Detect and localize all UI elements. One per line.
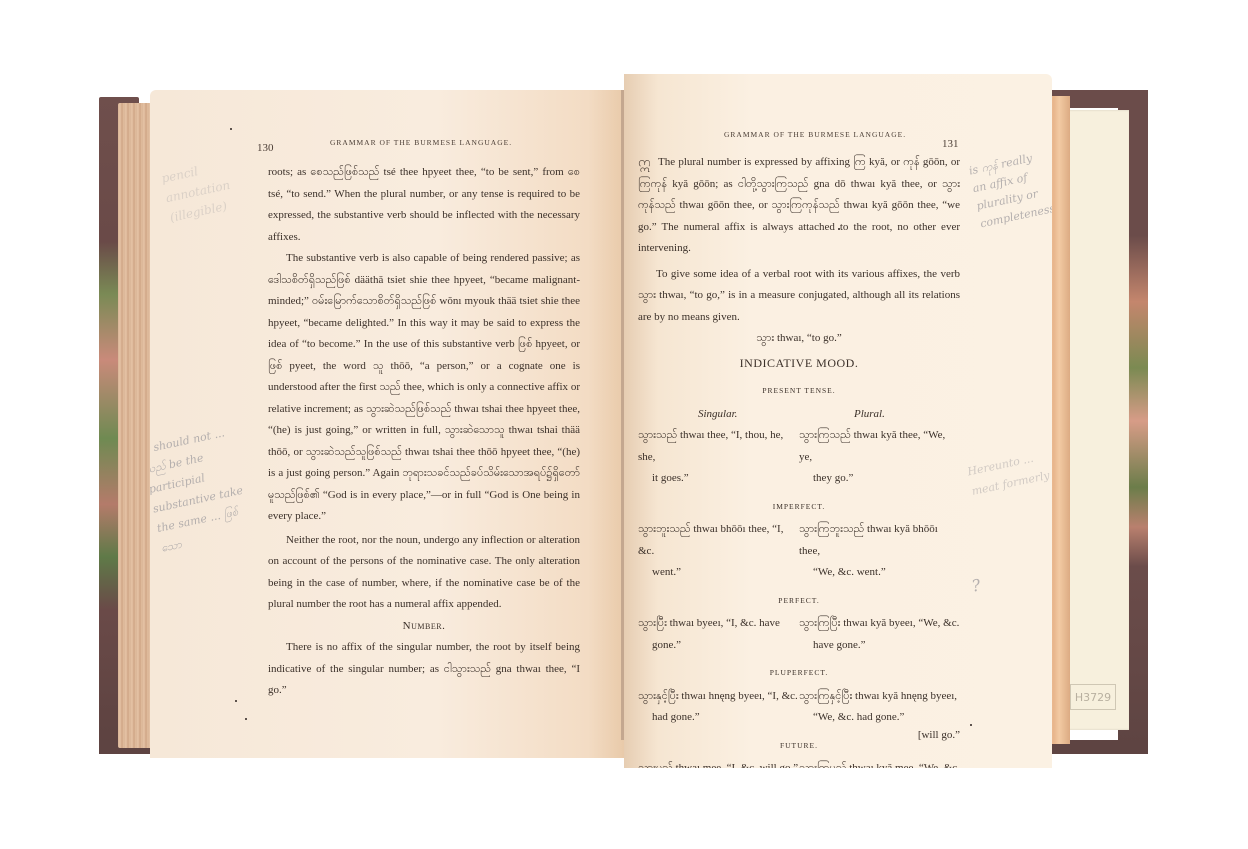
paragraph: There is no affix of the singular number… [268,637,580,702]
page-number: 130 [257,142,274,154]
paragraph: Neither the root, nor the noun, undergo … [268,530,580,616]
page-speck [235,700,237,702]
running-head: GRAMMAR OF THE BURMESE LANGUAGE. [330,138,512,147]
mood-heading: INDICATIVE MOOD. [638,353,960,375]
verb-title: သွား thwaı, “to go.” [638,328,960,350]
endpaper-stamp: H3729 [1070,684,1116,710]
left-page-body: roots; as စေသည်ဖြစ်သည် tsé thee hpyeet t… [268,162,580,702]
paragraph: roots; as စေသည်ဖြစ်သည် tsé thee hpyeet t… [268,162,580,248]
section-marker: ဣ [638,152,651,174]
col-plural: Plural. [804,404,960,426]
tense-heading: PRESENT TENSE. [638,380,960,402]
margin-note-middle: Hereunto ... meat formerly [966,446,1052,502]
paragraph: To give some idea of a verbal root with … [638,264,960,329]
col-singular: Singular. [638,404,804,426]
conjugation-row: သွားဘူးသည် thwaı bhōōı thee, “I, &c.went… [638,519,960,584]
tense-heading: PLUPERFECT. [638,662,960,684]
page-number: 131 [942,138,959,150]
page-speck [970,724,972,726]
running-head: GRAMMAR OF THE BURMESE LANGUAGE. [724,130,906,139]
page-speck [230,128,232,130]
margin-note-question: ? [970,575,983,596]
page-speck [838,228,840,230]
section-heading: Number. [268,616,580,638]
right-page: GRAMMAR OF THE BURMESE LANGUAGE. 131 ဣ T… [624,74,1052,768]
right-page-body: ဣ The plural number is expressed by affi… [638,152,960,768]
conjugation-row: သွားပြီး thwaı byeeı, “I, &c. havegone.”… [638,613,960,656]
conjugation-row: သွားမည် thwaı mee, “I, &c. will go.” သွာ… [638,758,960,768]
paragraph: ဣ The plural number is expressed by affi… [638,152,960,260]
margin-note-middle: ly should not ... သည် be the participial… [150,421,256,558]
tense-heading: FUTURE. [638,735,960,757]
column-headers: Singular. Plural. [638,404,960,426]
conjugation-row: သွားသည် thwaı thee, “I, thou, he, she,it… [638,425,960,490]
margin-note-top: is ကုန် really an affix of plurality or … [967,147,1052,234]
paragraph: The substantive verb is also capable of … [268,248,580,528]
endpaper [1063,110,1129,730]
tense-heading: IMPERFECT. [638,496,960,518]
conjugation-row: သွားနှင့်ပြီး thwaı hnęng byeeı, “I, &c.… [638,686,960,729]
margin-note-top: pencil annotation (illegible) [160,152,251,227]
left-page: 130 GRAMMAR OF THE BURMESE LANGUAGE. roo… [150,90,626,758]
page-speck [245,718,247,720]
future-block: [will go.” FUTURE. သွားမည် thwaı mee, “I… [638,735,960,769]
tense-heading: PERFECT. [638,590,960,612]
